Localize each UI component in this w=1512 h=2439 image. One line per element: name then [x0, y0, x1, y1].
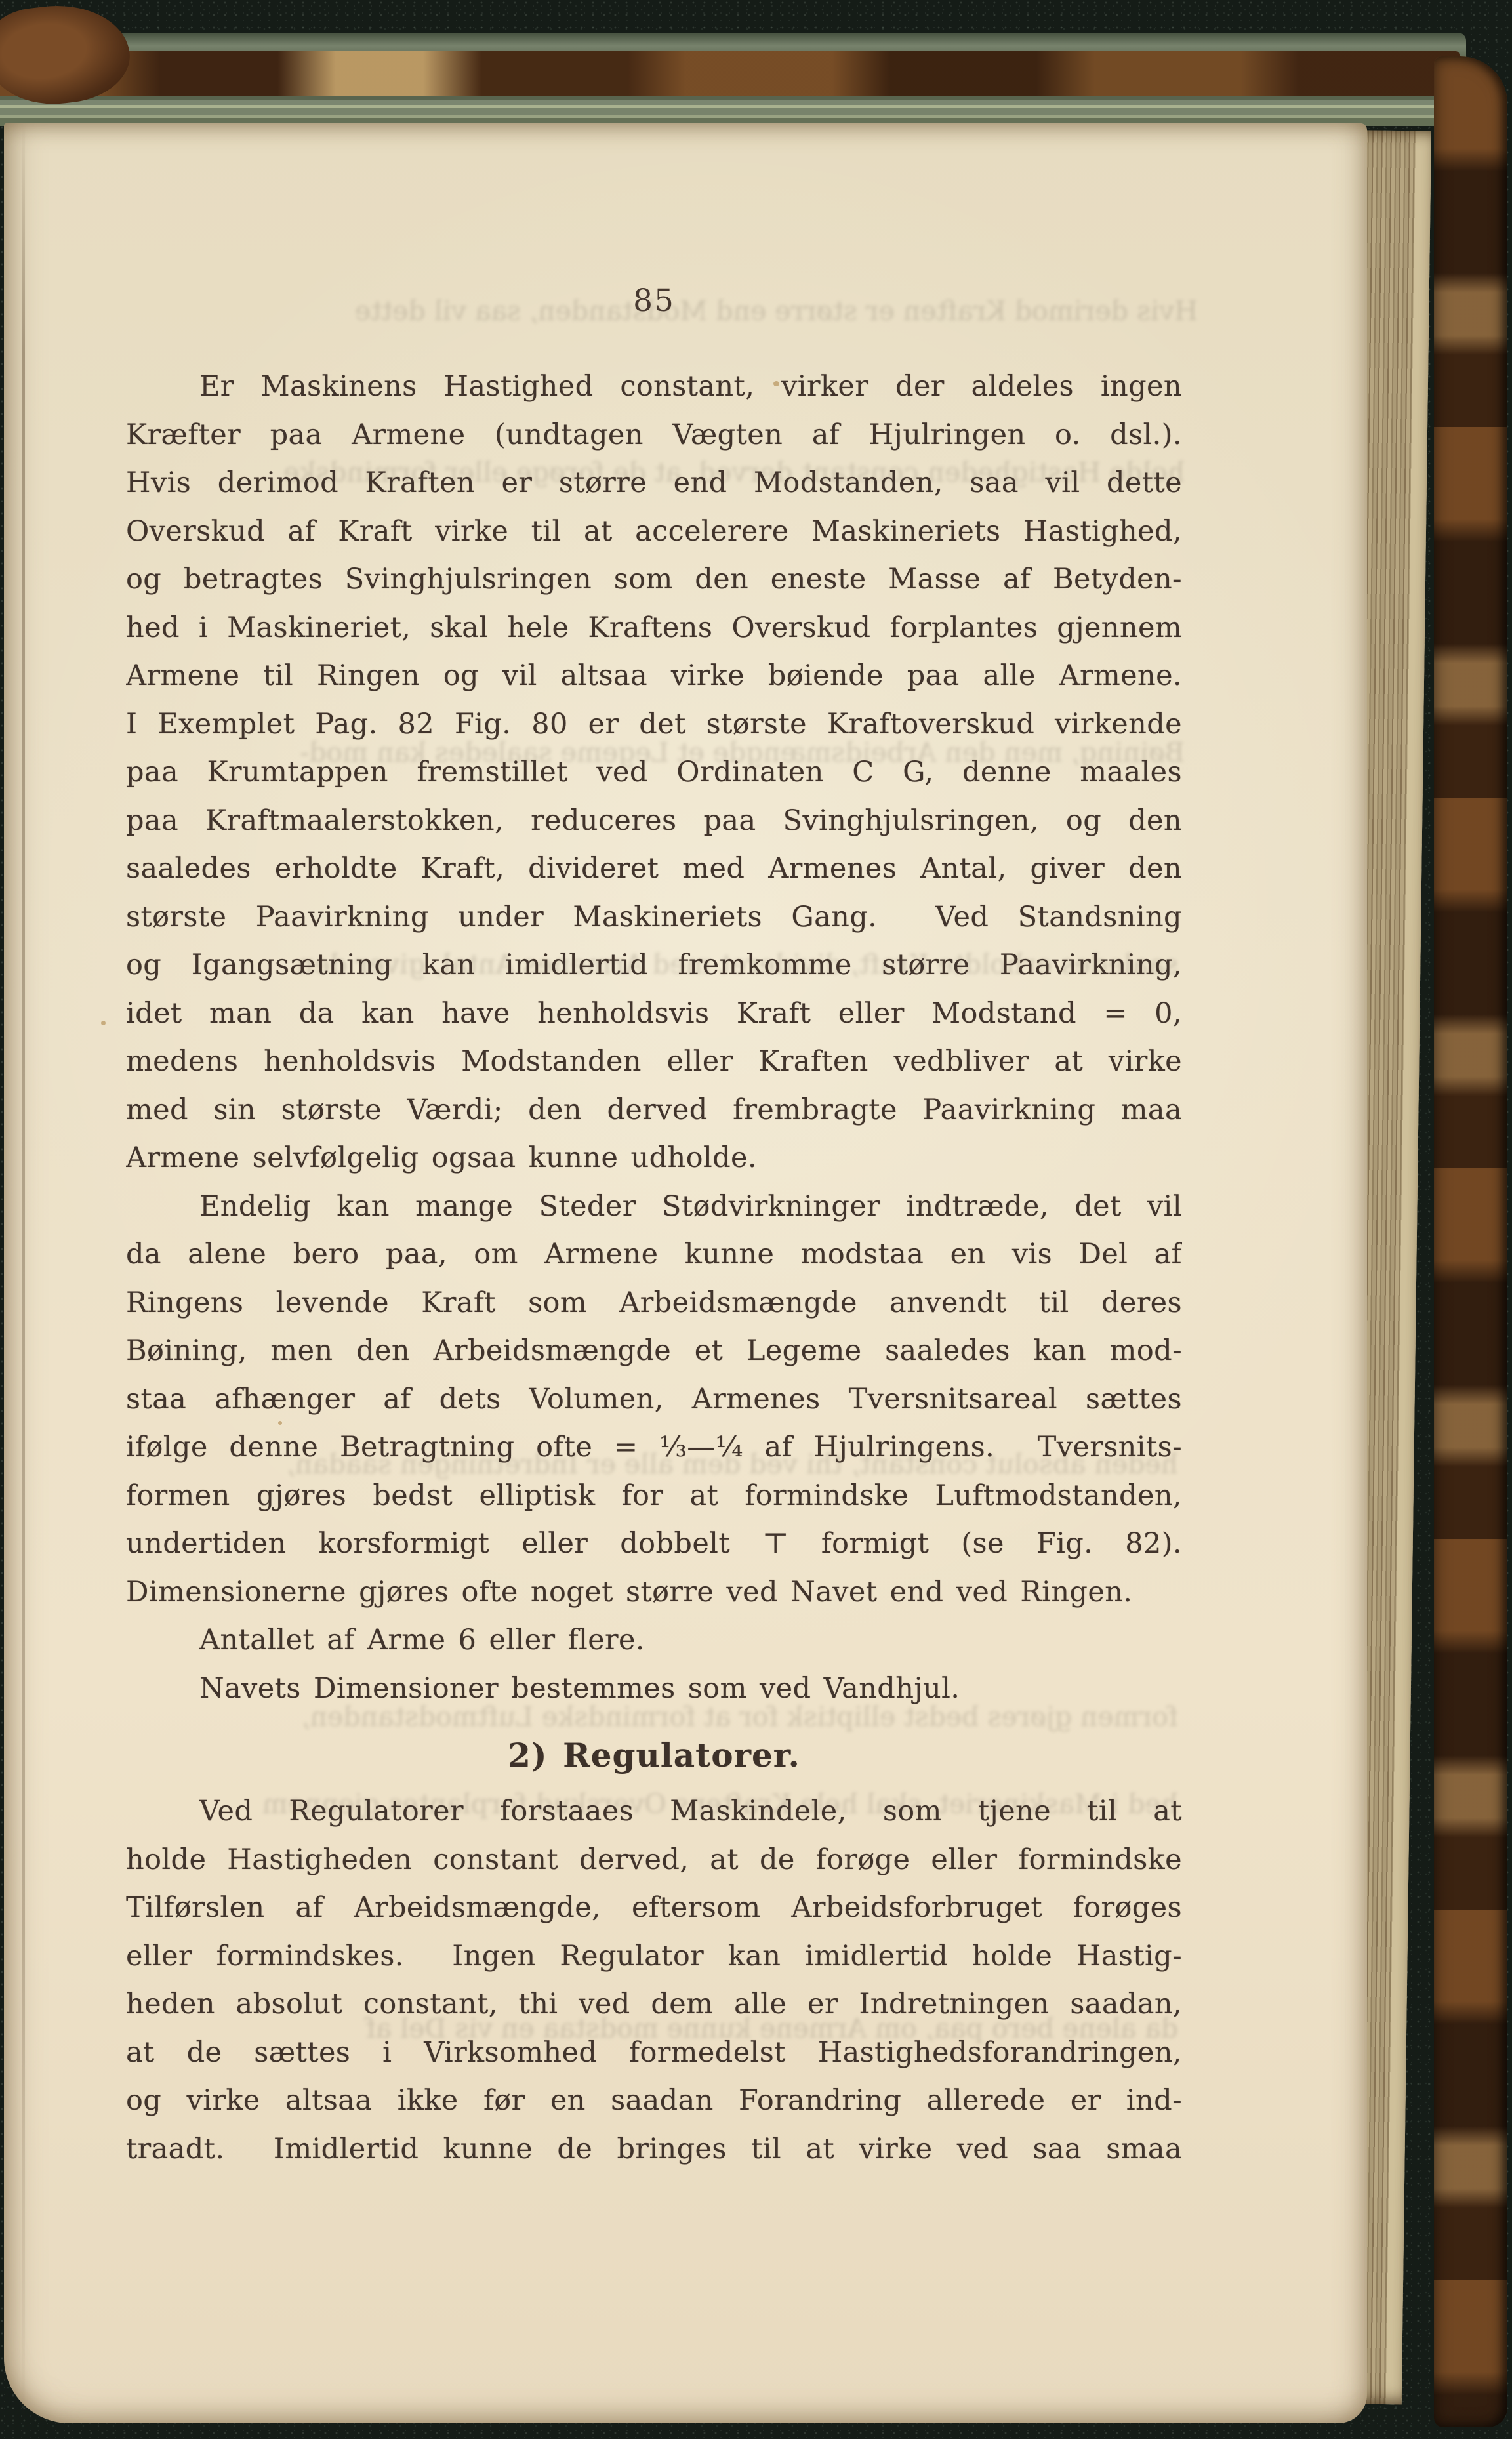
text-line: eller formindskes. Ingen Regulator kan i…	[126, 1933, 1182, 1981]
text-line: Armene til Ringen og vil altsaa virke bø…	[126, 652, 1182, 701]
text-line: og betragtes Svinghjulsringen som den en…	[126, 556, 1182, 604]
text-line: Hvis derimod Kraften er større end Modst…	[126, 459, 1182, 508]
text-line: Armene selvfølgelig ogsaa kunne udholde.	[126, 1134, 1182, 1183]
text-line: og Igangsætning kan imidlertid fremkomme…	[126, 941, 1182, 990]
paragraph: Er Maskinens Hastighed constant, virker …	[126, 363, 1182, 1183]
page-number: 85	[126, 285, 1182, 318]
text-line: holde Hastigheden constant derved, at de…	[126, 1836, 1182, 1885]
paragraph: Navets Dimensioner bestemmes som ved Van…	[126, 1665, 1182, 1713]
text-line: staa afhænger af dets Volumen, Armenes T…	[126, 1376, 1182, 1424]
section-heading: 2) Regulatorer.	[126, 1730, 1182, 1781]
text-line: formen gjøres bedst elliptisk for at for…	[126, 1472, 1182, 1521]
text-line: Navets Dimensioner bestemmes som ved Van…	[126, 1665, 1182, 1713]
paper-speck	[101, 1021, 106, 1025]
text-flow: Er Maskinens Hastighed constant, virker …	[126, 363, 1182, 2173]
text-line: og virke altsaa ikke før en saadan Foran…	[126, 2077, 1182, 2125]
text-line: største Paavirkning under Maskineriets G…	[126, 893, 1182, 942]
text-line: ifølge denne Betragtning ofte = ⅓—¼ af H…	[126, 1424, 1182, 1472]
text-line: saaledes erholdte Kraft, divideret med A…	[126, 845, 1182, 893]
text-line: Dimensionerne gjøres ofte noget større v…	[126, 1568, 1182, 1617]
text-line: Bøining, men den Arbeidsmængde et Legeme…	[126, 1327, 1182, 1376]
text-line: hed i Maskineriet, skal hele Kraftens Ov…	[126, 604, 1182, 653]
text-line: Antallet af Arme 6 eller flere.	[126, 1616, 1182, 1665]
text-line: med sin største Værdi; den derved frembr…	[126, 1086, 1182, 1135]
text-line: Er Maskinens Hastighed constant, virker …	[126, 363, 1182, 411]
cover-leather-band-top	[0, 51, 1460, 100]
text-line: da alene bero paa, om Armene kunne modst…	[126, 1231, 1182, 1279]
text-line: medens henholdsvis Modstanden eller Kraf…	[126, 1038, 1182, 1086]
text-line: idet man da kan have henholdsvis Kraft e…	[126, 990, 1182, 1038]
paragraph: Endelig kan mange Steder Stødvirkninger …	[126, 1183, 1182, 1617]
text-line: paa Krumtappen fremstillet ved Ordinaten…	[126, 748, 1182, 797]
text-line: Tilførslen af Arbeidsmængde, eftersom Ar…	[126, 1884, 1182, 1933]
text-line: Kræfter paa Armene (undtagen Vægten af H…	[126, 411, 1182, 460]
text-line: heden absolut constant, thi ved dem alle…	[126, 1980, 1182, 2029]
text-line: undertiden korsformigt eller dobbelt ⊤ f…	[126, 1520, 1182, 1568]
book-page: Hvis derimod Kraften er større end Modst…	[4, 123, 1367, 2423]
paragraph: Antallet af Arme 6 eller flere.	[126, 1616, 1182, 1665]
paragraph: Ved Regulatorer forstaaes Maskindele, so…	[126, 1788, 1182, 2173]
text-line: paa Kraftmaalerstokken, reduceres paa Sv…	[126, 797, 1182, 846]
text-line: Overskud af Kraft virke til at accelerer…	[126, 508, 1182, 556]
scanned-book-scene: Hvis derimod Kraften er større end Modst…	[0, 0, 1512, 2439]
text-line: Ved Regulatorer forstaaes Maskindele, so…	[126, 1788, 1182, 1836]
cover-edge-band-bottom	[0, 96, 1440, 126]
page-gutter-crease	[22, 123, 25, 2423]
text-line: traadt. Imidlertid kunne de bringes til …	[126, 2125, 1182, 2174]
text-line: I Exemplet Pag. 82 Fig. 80 er det størst…	[126, 701, 1182, 749]
text-line: at de sættes i Virksomhed formedelst Has…	[126, 2029, 1182, 2078]
text-line: Endelig kan mange Steder Stødvirkninger …	[126, 1183, 1182, 1231]
text-line: Ringens levende Kraft som Arbeidsmængde …	[126, 1279, 1182, 1328]
cover-leather-right	[1434, 56, 1507, 2427]
